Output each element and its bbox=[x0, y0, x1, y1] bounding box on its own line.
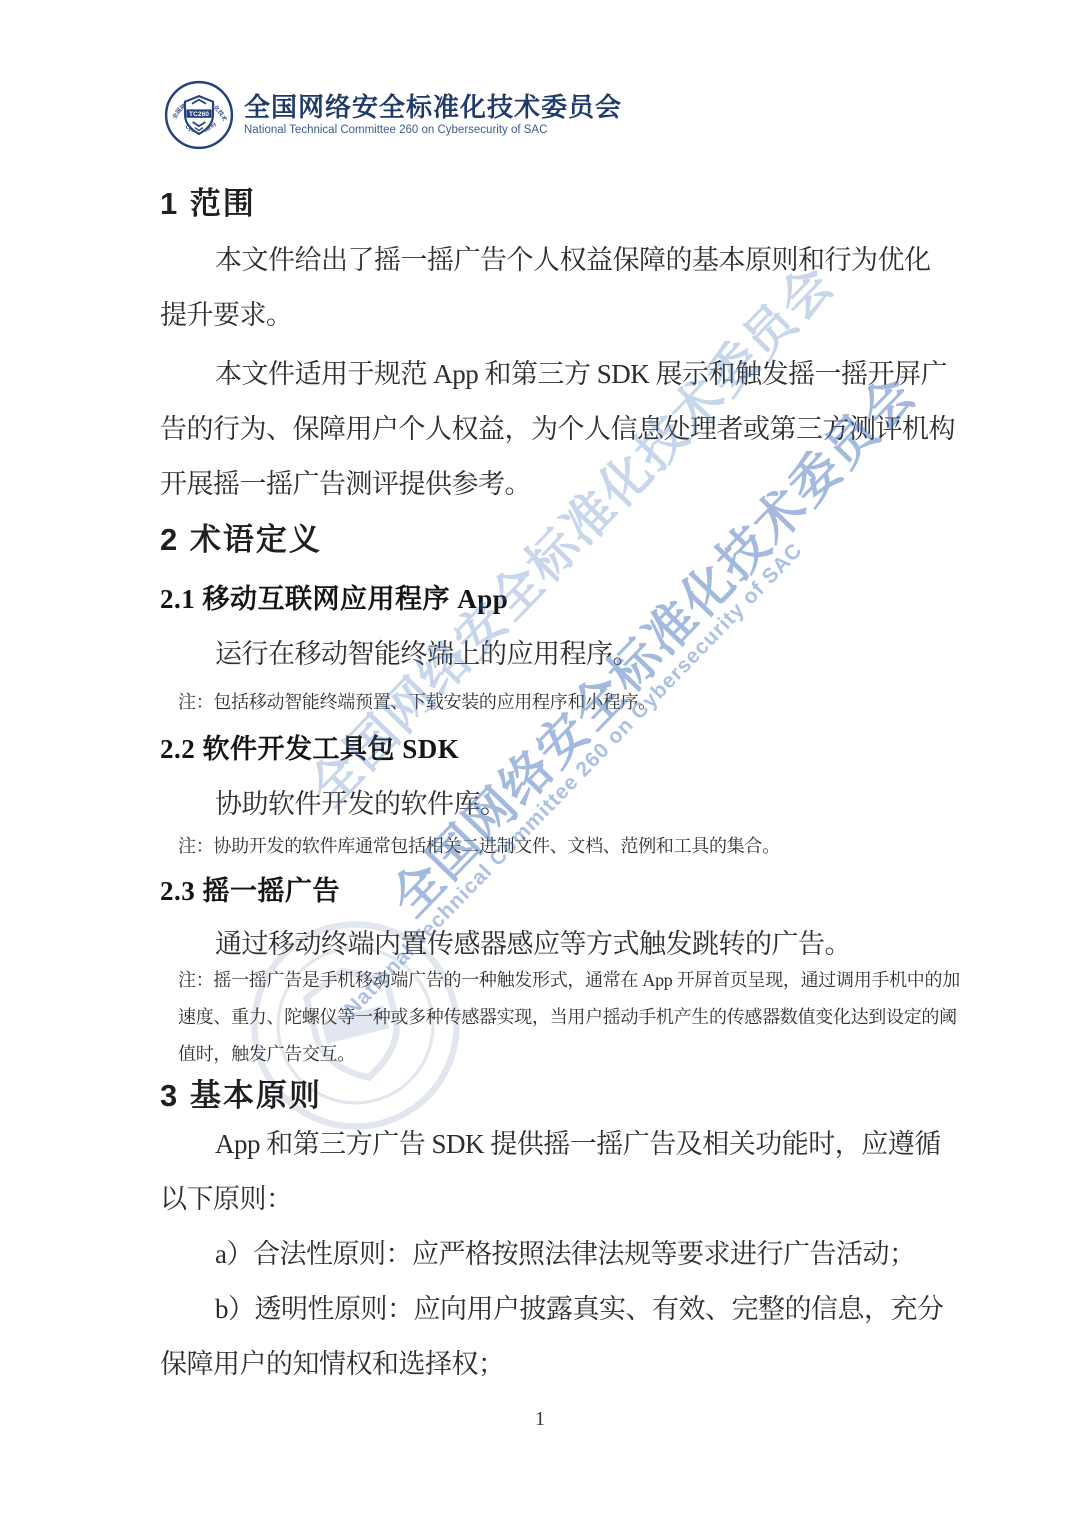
document-page: 全国网络安全标准化技术委员会 Cybersecurity TC260 全国网络安… bbox=[0, 0, 1080, 1527]
term-2-2-note: 注：协助开发的软件库通常包括相关二进制文件、文档、范例和工具的集合。 bbox=[178, 832, 780, 858]
sec3-intro-line2: 以下原则： bbox=[160, 1177, 293, 1216]
sec3-intro-line1: App 和第三方广告 SDK 提供摇一摇广告及相关功能时，应遵循 bbox=[215, 1122, 941, 1161]
section-3-title: 3 基本原则 bbox=[160, 1070, 322, 1115]
term-2-2-title: 2.2 软件开发工具包 SDK bbox=[160, 727, 459, 766]
section-1-title: 1 范围 bbox=[160, 178, 256, 223]
term-2-2-definition: 协助软件开发的软件库。 bbox=[215, 782, 507, 821]
section-2-title: 2 术语定义 bbox=[160, 514, 322, 559]
sec1-p1-line1: 本文件给出了摇一摇广告个人权益保障的基本原则和行为优化 bbox=[215, 238, 931, 277]
term-2-1-note: 注：包括移动智能终端预置、下载安装的应用程序和小程序。 bbox=[178, 688, 656, 714]
org-name-cn: 全国网络安全标准化技术委员会 bbox=[244, 93, 622, 121]
sec3-item-b-line1: b）透明性原则：应向用户披露真实、有效、完整的信息，充分 bbox=[215, 1287, 944, 1326]
term-2-3-title: 2.3 摇一摇广告 bbox=[160, 869, 340, 908]
sec1-p2-line3: 开展摇一摇广告测评提供参考。 bbox=[160, 462, 531, 501]
sec3-item-a: a）合法性原则：应严格按照法律法规等要求进行广告活动； bbox=[215, 1232, 915, 1271]
sec1-p2-line1: 本文件适用于规范 App 和第三方 SDK 展示和触发摇一摇开屏广 bbox=[215, 352, 947, 391]
header-logo: 全国网络安全标准化技术委员会 Cybersecurity TC260 全国网络安… bbox=[164, 80, 622, 150]
org-wordmark: 全国网络安全标准化技术委员会 National Technical Commit… bbox=[244, 93, 622, 137]
org-name-en: National Technical Committee 260 on Cybe… bbox=[244, 123, 622, 137]
sec3-item-b-line2: 保障用户的知情权和选择权； bbox=[160, 1342, 505, 1381]
sec1-p1-line2: 提升要求。 bbox=[160, 293, 293, 332]
seal-badge-text: TC260 bbox=[189, 111, 209, 118]
term-2-3-note-line2: 速度、重力、陀螺仪等一种或多种传感器实现，当用户摇动手机产生的传感器数值变化达到… bbox=[178, 1003, 957, 1029]
tc260-seal-icon: 全国网络安全标准化技术委员会 Cybersecurity TC260 bbox=[164, 80, 234, 150]
page-number: 1 bbox=[0, 1408, 1080, 1431]
term-2-3-definition: 通过移动终端内置传感器感应等方式触发跳转的广告。 bbox=[215, 922, 851, 961]
term-2-3-note-line1: 注：摇一摇广告是手机移动端广告的一种触发形式，通常在 App 开屏首页呈现，通过… bbox=[178, 966, 960, 992]
sec1-p2-line2: 告的行为、保障用户个人权益，为个人信息处理者或第三方测评机构 bbox=[160, 407, 955, 446]
term-2-1-definition: 运行在移动智能终端上的应用程序。 bbox=[215, 632, 639, 671]
term-2-1-title: 2.1 移动互联网应用程序 App bbox=[160, 577, 508, 616]
term-2-3-note-line3: 值时，触发广告交互。 bbox=[178, 1040, 355, 1066]
